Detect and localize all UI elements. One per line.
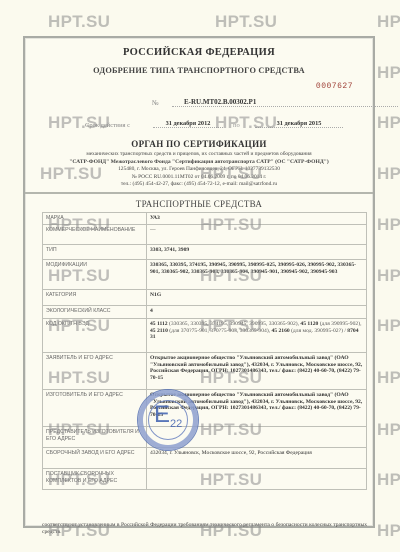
table-row: КОММЕРЧЕСКОЕ НАИМЕНОВАНИЕ — xyxy=(43,225,367,245)
table-row: ЗАЯВИТЕЛЬ И ЕГО АДРЕС Открытое акционерн… xyxy=(43,353,367,390)
row-value: 3303, 3741, 3909 xyxy=(147,245,367,260)
validity-row: Срок действия с 31 декабря 2012 по 31 де… xyxy=(85,120,330,132)
row-key: ПРЕДСТАВИТЕЛЬ ИЗГОТОВИТЕЛЯ И ЕГО АДРЕС xyxy=(43,427,147,448)
row-value xyxy=(147,469,367,490)
watermark-text: HPT.SU xyxy=(215,12,277,32)
row-key: ТИП xyxy=(43,245,147,260)
watermark-text: HPT.SU xyxy=(377,113,400,133)
row-key: ПОСТАВЩИК СБОРОЧНЫХ КОМПЛЕКТОВ И ЕГО АДР… xyxy=(43,469,147,490)
row-value: УАЗ xyxy=(147,213,367,225)
certification-body-details: механических транспортных средств и приц… xyxy=(25,151,373,189)
row-key: ЗАЯВИТЕЛЬ И ЕГО АДРЕС xyxy=(43,353,147,390)
row-value: N1G xyxy=(147,290,367,306)
table-row: ТИП 3303, 3741, 3909 xyxy=(43,245,367,260)
watermark-text: HPT.SU xyxy=(377,266,400,286)
okp-note: (для 370?75-901, 370?75-903, 330365-904)… xyxy=(168,328,272,334)
certification-body-line: тел.: (495) 454-42-27, факс: (495) 454-7… xyxy=(25,181,373,189)
watermark-text: HPT.SU xyxy=(377,420,400,440)
table-row: МОДИФИКАЦИИ 330365, 330395, 374195, 3909… xyxy=(43,260,367,290)
serial-number: 0007627 xyxy=(316,82,353,91)
watermark-text: HPT.SU xyxy=(377,368,400,388)
country-title: РОССИЙСКАЯ ФЕДЕРАЦИЯ xyxy=(25,47,373,58)
document-type-title: ОДОБРЕНИЕ ТИПА ТРАНСПОРТНОГО СРЕДСТВА xyxy=(25,66,373,75)
row-key: ЭКОЛОГИЧЕСКИЙ КЛАСС xyxy=(43,306,147,319)
validity-from: 31 декабря 2012 xyxy=(153,120,223,128)
table-row: ИЗГОТОВИТЕЛЬ И ЕГО АДРЕС Открытое акцион… xyxy=(43,390,367,427)
okp-code: 45 1120 xyxy=(300,321,318,327)
watermark-text: HPT.SU xyxy=(377,316,400,336)
okp-note: (330365, 330395, 374195, 390945, 390995,… xyxy=(168,321,299,327)
certificate-frame: РОССИЙСКАЯ ФЕДЕРАЦИЯ ОДОБРЕНИЕ ТИПА ТРАН… xyxy=(23,36,375,528)
row-key: МОДИФИКАЦИИ xyxy=(43,260,147,290)
watermark-text: HPT.SU xyxy=(377,63,400,83)
row-value: — xyxy=(147,225,367,245)
watermark-text: HPT.SU xyxy=(377,12,400,32)
okp-code: 45 1112 xyxy=(150,321,168,327)
table-row: ПОСТАВЩИК СБОРОЧНЫХ КОМПЛЕКТОВ И ЕГО АДР… xyxy=(43,469,367,490)
okp-code: 45 2160 xyxy=(271,328,289,334)
row-value: Открытое акционерное общество "Ульяновск… xyxy=(147,353,367,390)
certificate-number: E-RU.MT02.B.00302.P1 xyxy=(172,98,398,107)
header-section: РОССИЙСКАЯ ФЕДЕРАЦИЯ ОДОБРЕНИЕ ТИПА ТРАН… xyxy=(25,38,373,194)
row-key: ИЗГОТОВИТЕЛЬ И ЕГО АДРЕС xyxy=(43,390,147,427)
stamp-number: 22 xyxy=(170,418,182,430)
validity-to-label: по xyxy=(233,122,240,129)
watermark-text: HPT.SU xyxy=(377,521,400,541)
okp-note: (для 390995-902), xyxy=(318,321,361,327)
watermark-text: HPT.SU xyxy=(377,470,400,490)
table-row: КОД ОКП/ТН ВЭД 45 1112 (330365, 330395, … xyxy=(43,319,367,353)
table-row: КАТЕГОРИЯ N1G xyxy=(43,290,367,306)
certificate-number-row: № E-RU.MT02.B.00302.P1 xyxy=(152,98,398,110)
validity-to: 31 декабря 2015 xyxy=(255,120,343,128)
e22-stamp-icon: E 22 xyxy=(137,389,199,451)
number-label: № xyxy=(152,99,159,107)
okp-note: (для мод. 390995-02?) / xyxy=(290,328,348,334)
watermark-text: HPT.SU xyxy=(48,12,110,32)
row-value: 4 xyxy=(147,306,367,319)
table-row: СБОРОЧНЫЙ ЗАВОД И ЕГО АДРЕС 432034, г. У… xyxy=(43,448,367,469)
row-value: 432034, г. Ульяновск, Московское шоссе, … xyxy=(147,448,367,469)
row-key: КОММЕРЧЕСКОЕ НАИМЕНОВАНИЕ xyxy=(43,225,147,245)
vehicles-table: МАРКА УАЗ КОММЕРЧЕСКОЕ НАИМЕНОВАНИЕ — ТИ… xyxy=(42,212,367,490)
table-row: ПРЕДСТАВИТЕЛЬ ИЗГОТОВИТЕЛЯ И ЕГО АДРЕС xyxy=(43,427,367,448)
certification-body-line: механических транспортных средств и приц… xyxy=(25,151,373,159)
row-key: СБОРОЧНЫЙ ЗАВОД И ЕГО АДРЕС xyxy=(43,448,147,469)
table-row: МАРКА УАЗ xyxy=(43,213,367,225)
vehicles-title: ТРАНСПОРТНЫЕ СРЕДСТВА xyxy=(25,199,373,209)
certification-body-line: 125480, г. Москва, ул. Героев Панфиловце… xyxy=(25,166,373,174)
row-key: МАРКА xyxy=(43,213,147,225)
validity-label: Срок действия с xyxy=(85,122,130,129)
row-key: КАТЕГОРИЯ xyxy=(43,290,147,306)
watermark-text: HPT.SU xyxy=(377,164,400,184)
row-key: КОД ОКП/ТН ВЭД xyxy=(43,319,147,353)
row-value: 45 1112 (330365, 330395, 374195, 390945,… xyxy=(147,319,367,353)
watermark-text: HPT.SU xyxy=(377,215,400,235)
stamp-mark: E xyxy=(154,403,170,427)
okp-code: 45 2110 xyxy=(150,328,168,334)
certification-body-title: ОРГАН ПО СЕРТИФИКАЦИИ xyxy=(25,139,373,149)
conclusion-text: соответствуют установленным в Российской… xyxy=(42,522,367,537)
table-row: ЭКОЛОГИЧЕСКИЙ КЛАСС 4 xyxy=(43,306,367,319)
row-value: 330365, 330395, 374195, 390945, 390995, … xyxy=(147,260,367,290)
